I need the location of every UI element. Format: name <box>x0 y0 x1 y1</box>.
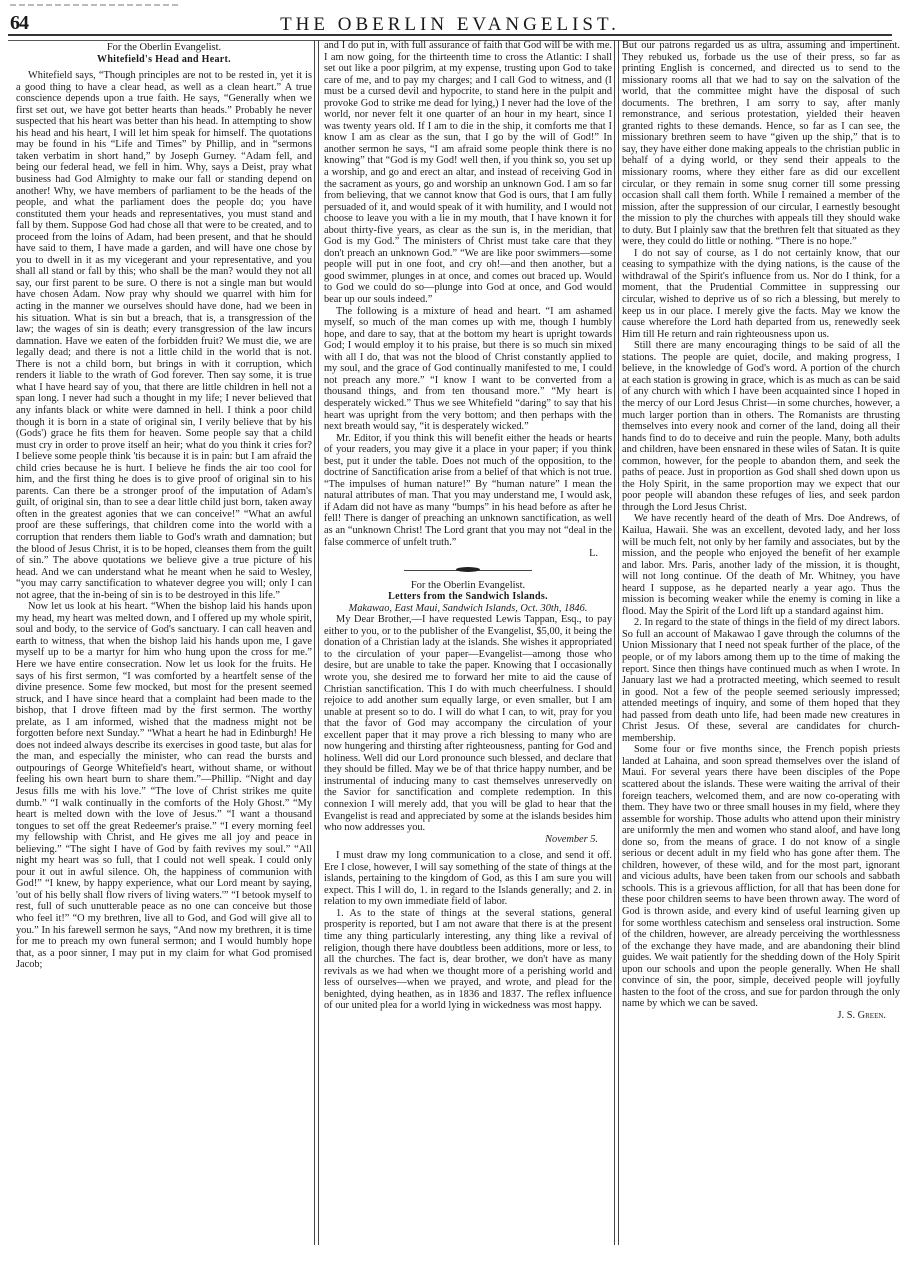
paragraph: Still there are many encouraging things … <box>622 340 900 513</box>
columns: For the Oberlin Evangelist. Whitefield's… <box>8 40 892 1270</box>
paragraph: Now let us look at his heart. “When the … <box>16 601 312 971</box>
paragraph: 2. In regard to the state of things in t… <box>622 617 900 744</box>
paragraph: The following is a mixture of head and h… <box>324 306 612 433</box>
article-kicker: For the Oberlin Evangelist. <box>16 42 312 54</box>
ornamental-separator <box>324 564 612 576</box>
scan-artifact <box>10 4 180 6</box>
paragraph: I do not say of course, as I do not cert… <box>622 248 900 340</box>
paragraph: But our patrons regarded us as ultra, as… <box>622 40 900 248</box>
paragraph: I must draw my long communication to a c… <box>324 850 612 908</box>
masthead: 64 THE OBERLIN EVANGELIST. <box>8 8 892 34</box>
article-headline: Letters from the Sandwich Islands. <box>324 591 612 603</box>
column-divider <box>314 40 319 1245</box>
paragraph: My Dear Brother,—I have requested Lewis … <box>324 614 612 833</box>
column-3: But our patrons regarded us as ultra, as… <box>622 40 900 1260</box>
article-headline: Whitefield's Head and Heart. <box>16 54 312 66</box>
paragraph: and I do put in, with full assurance of … <box>324 40 612 306</box>
article-kicker: For the Oberlin Evangelist. <box>324 580 612 592</box>
paragraph: Some four or five months since, the Fren… <box>622 744 900 1010</box>
paragraph: Whitefield says, “Though principles are … <box>16 70 312 601</box>
paragraph: Mr. Editor, if you think this will benef… <box>324 433 612 548</box>
column-2: and I do put in, with full assurance of … <box>324 40 612 1260</box>
newspaper-title: THE OBERLIN EVANGELIST. <box>8 14 892 36</box>
paragraph: We have recently heard of the death of M… <box>622 513 900 617</box>
column-1: For the Oberlin Evangelist. Whitefield's… <box>16 40 312 1260</box>
signature: L. <box>324 548 612 560</box>
paragraph: 1. As to the state of things at the seve… <box>324 908 612 1012</box>
signature: J. S. Green. <box>622 1010 900 1022</box>
postscript-date: November 5. <box>324 834 612 846</box>
column-divider <box>614 40 619 1245</box>
dateline: Makawao, East Maui, Sandwich Islands, Oc… <box>324 603 612 615</box>
